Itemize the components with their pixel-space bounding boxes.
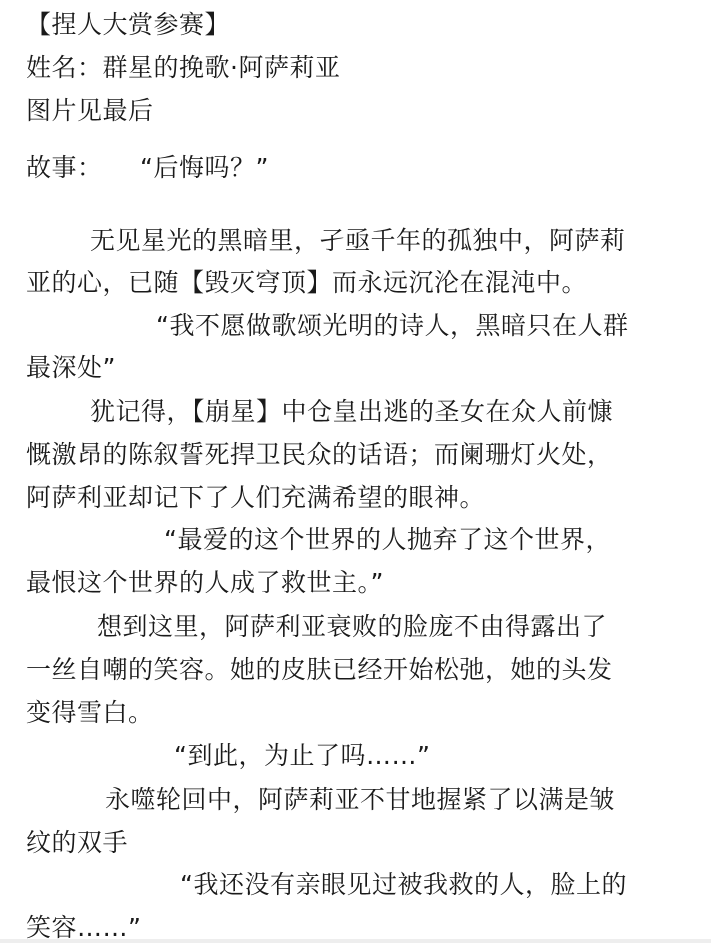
story-line: “最爱的这个世界的人抛弃了这个世界， bbox=[164, 525, 611, 555]
story-line: 慨激昂的陈叙誓死捍卫民众的话语；而阑珊灯火处， bbox=[26, 440, 613, 470]
story-line: 一丝自嘲的笑容。她的皮肤已经开始松弛，她的头发 bbox=[26, 655, 613, 685]
story-line: “我不愿做歌颂光明的诗人，黑暗只在人群 bbox=[156, 311, 628, 341]
story-line: 永噬轮回中，阿萨莉亚不甘地握紧了以满是皱 bbox=[105, 785, 615, 815]
story-line: 纹的双手 bbox=[26, 828, 128, 858]
story-line: “后悔吗？” bbox=[140, 153, 269, 183]
story-line: “到此，为止了吗……” bbox=[174, 741, 430, 771]
document-page: 【捏人大赏参赛】 姓名：群星的挽歌·阿萨莉亚 图片见最后 故事： “后悔吗？”无… bbox=[0, 0, 711, 943]
story-line: 变得雪白。 bbox=[26, 698, 154, 728]
page-bottom-edge bbox=[0, 939, 711, 943]
story-line: 犹记得，【崩星】中仓皇出逃的圣女在众人前慷 bbox=[90, 397, 613, 427]
story-line: 亚的心，已随【毁灭穹顶】而永远沉沦在混沌中。 bbox=[26, 268, 587, 298]
story-line: 最深处” bbox=[26, 353, 116, 383]
story-line: 阿萨利亚却记下了人们充满希望的眼神。 bbox=[26, 483, 485, 513]
story-line: 无见星光的黑暗里，孑亟千年的孤独中，阿萨莉 bbox=[90, 226, 626, 256]
story-line: 想到这里，阿萨利亚衰败的脸庞不由得露出了 bbox=[97, 612, 607, 642]
story-label: 故事： bbox=[26, 153, 103, 183]
story-line: “我还没有亲眼见过被我救的人，脸上的 bbox=[180, 870, 627, 900]
image-note: 图片见最后 bbox=[26, 96, 154, 126]
story-line: 最恨这个世界的人成了救世主。” bbox=[26, 568, 384, 598]
character-name-line: 姓名：群星的挽歌·阿萨莉亚 bbox=[26, 53, 340, 83]
document-title: 【捏人大赏参赛】 bbox=[26, 10, 230, 40]
